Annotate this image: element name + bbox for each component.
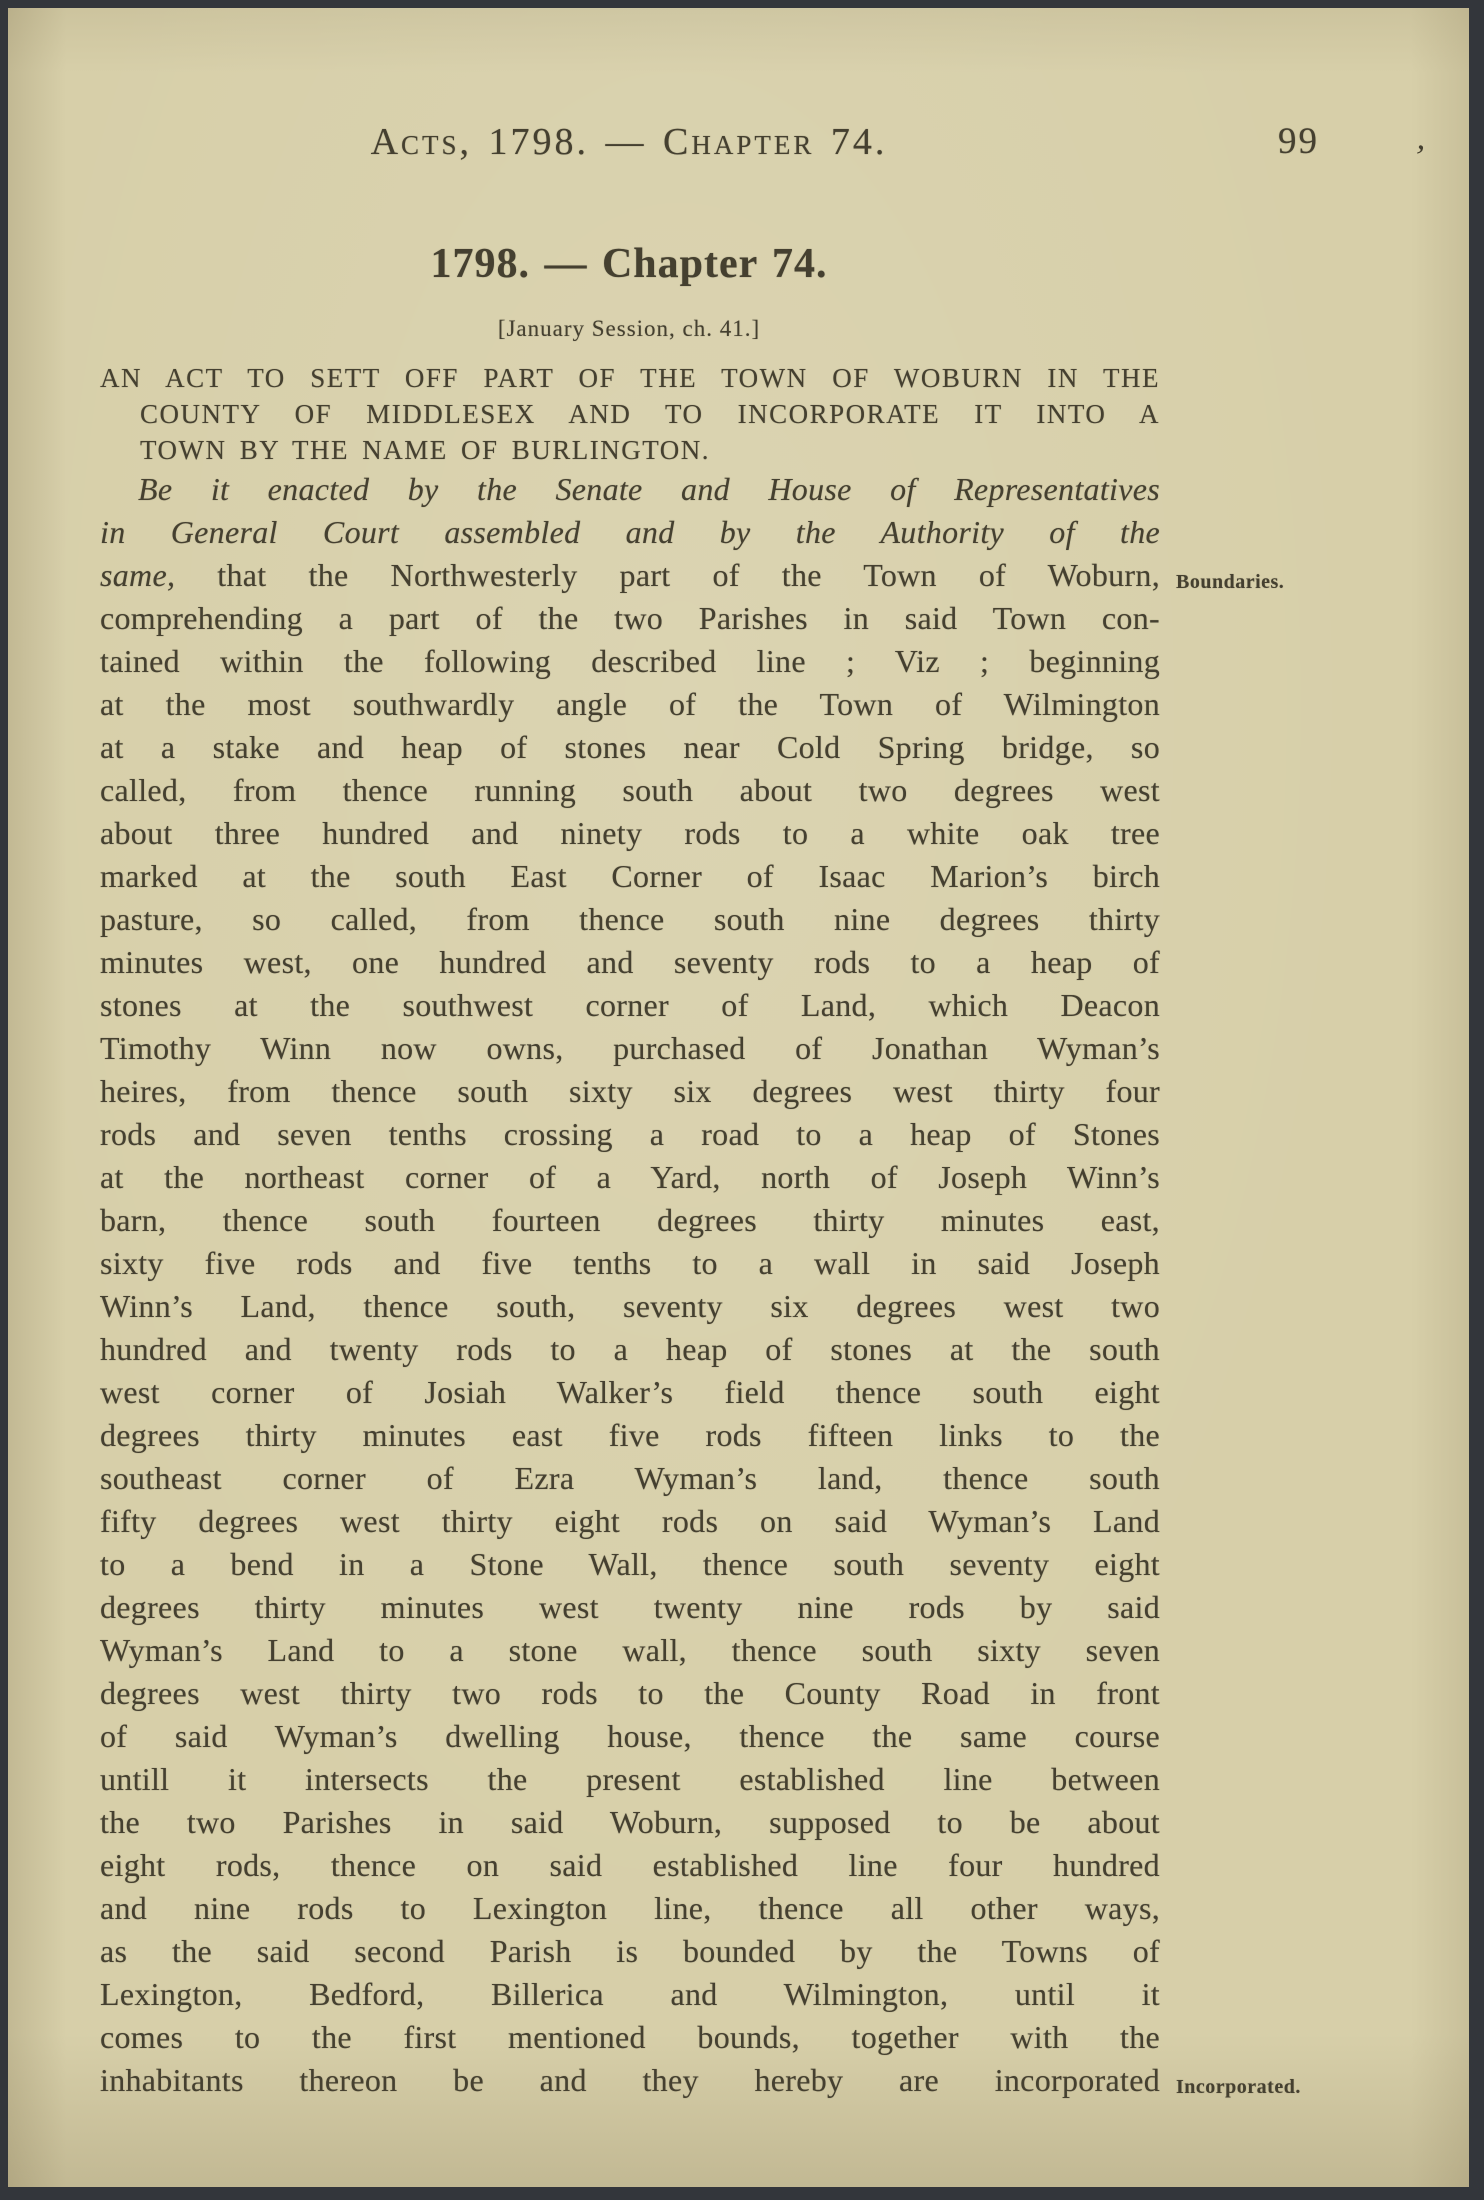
act-heading-line: TOWN BY THE NAME OF BURLINGTON. [100, 432, 1160, 468]
body-line: at the northeast corner of a Yard, north… [100, 1156, 1160, 1199]
body-line: at the most southwardly angle of the Tow… [100, 683, 1160, 726]
body-line: same, that the Northwesterly part of the… [100, 554, 1160, 597]
body-line: Winn’s Land, thence south, seventy six d… [100, 1285, 1160, 1328]
body-line: degrees thirty minutes east five rods fi… [100, 1414, 1160, 1457]
body-line: comprehending a part of the two Parishes… [100, 597, 1160, 640]
body-line: fifty degrees west thirty eight rods on … [100, 1500, 1160, 1543]
act-body: Be it enacted by the Senate and House of… [100, 468, 1160, 2102]
body-line: sixty five rods and five tenths to a wal… [100, 1242, 1160, 1285]
body-line: stones at the southwest corner of Land, … [100, 984, 1160, 1027]
body-line: hundred and twenty rods to a heap of sto… [100, 1328, 1160, 1371]
stray-ink-mark: , [1415, 120, 1429, 159]
italic-text: same, [100, 557, 175, 593]
body-line: southeast corner of Ezra Wyman’s land, t… [100, 1457, 1160, 1500]
italic-text: Be it enacted by the Senate and House of… [138, 471, 1160, 507]
body-line: rods and seven tenths crossing a road to… [100, 1113, 1160, 1156]
body-line: degrees west thirty two rods to the Coun… [100, 1672, 1160, 1715]
act-heading-line: AN ACT TO SETT OFF PART OF THE TOWN OF W… [100, 360, 1160, 396]
margin-note: Incorporated. [1176, 2075, 1416, 2099]
body-line: heires, from thence south sixty six degr… [100, 1070, 1160, 1113]
book-page: Acts, 1798. — Chapter 74. 99 , 1798. — C… [8, 8, 1469, 2187]
body-line: Be it enacted by the Senate and House of… [100, 468, 1160, 511]
italic-text: in General Court assembled and by the Au… [100, 514, 1160, 550]
body-line: untill it intersects the present establi… [100, 1758, 1160, 1801]
body-line: marked at the south East Corner of Isaac… [100, 855, 1160, 898]
body-line: about three hundred and ninety rods to a… [100, 812, 1160, 855]
body-line: tained within the following described li… [100, 640, 1160, 683]
body-line: west corner of Josiah Walker’s field the… [100, 1371, 1160, 1414]
body-line: Lexington, Bedford, Billerica and Wilmin… [100, 1973, 1160, 2016]
body-line: comes to the first mentioned bounds, tog… [100, 2016, 1160, 2059]
body-line: minutes west, one hundred and seventy ro… [100, 941, 1160, 984]
body-line: to a bend in a Stone Wall, thence south … [100, 1543, 1160, 1586]
session-line: [January Session, ch. 41.] [100, 316, 1158, 342]
body-line: inhabitants thereon be and they hereby a… [100, 2059, 1160, 2102]
body-line: barn, thence south fourteen degrees thir… [100, 1199, 1160, 1242]
body-line: as the said second Parish is bounded by … [100, 1930, 1160, 1973]
page-number: 99 [1278, 120, 1368, 163]
body-line: degrees thirty minutes west twenty nine … [100, 1586, 1160, 1629]
chapter-title: 1798. — Chapter 74. [100, 240, 1158, 288]
body-line: in General Court assembled and by the Au… [100, 511, 1160, 554]
act-heading-line: COUNTY OF MIDDLESEX AND TO INCORPORATE I… [100, 396, 1160, 432]
margin-note: Boundaries. [1176, 570, 1416, 594]
body-line: the two Parishes in said Woburn, suppose… [100, 1801, 1160, 1844]
scan-frame: Acts, 1798. — Chapter 74. 99 , 1798. — C… [0, 0, 1484, 2200]
body-line: and nine rods to Lexington line, thence … [100, 1887, 1160, 1930]
body-line: pasture, so called, from thence south ni… [100, 898, 1160, 941]
body-line: Timothy Winn now owns, purchased of Jona… [100, 1027, 1160, 1070]
running-head: Acts, 1798. — Chapter 74. [100, 120, 1158, 164]
body-line: eight rods, thence on said established l… [100, 1844, 1160, 1887]
body-line: Wyman’s Land to a stone wall, thence sou… [100, 1629, 1160, 1672]
act-heading: AN ACT TO SETT OFF PART OF THE TOWN OF W… [100, 360, 1160, 468]
body-line: called, from thence running south about … [100, 769, 1160, 812]
body-line: at a stake and heap of stones near Cold … [100, 726, 1160, 769]
body-line: of said Wyman’s dwelling house, thence t… [100, 1715, 1160, 1758]
